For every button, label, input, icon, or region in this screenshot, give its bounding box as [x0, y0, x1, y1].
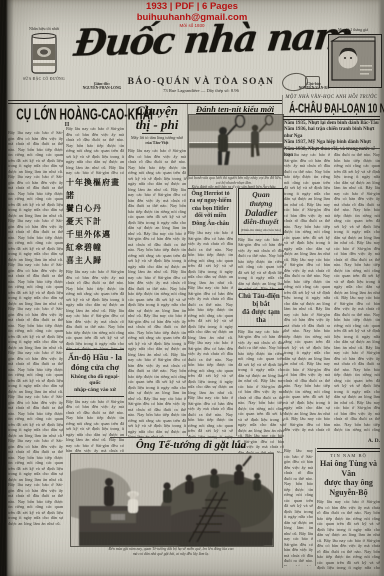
chuyen-thi-phi-column: Chuyện thị - phi Mấy lời tỏ tấm lòng tưở… — [128, 104, 186, 438]
column-rule — [63, 130, 64, 436]
watermark: 1933 | PDF | 6 Pages buihuuhanh@gmail.co… — [0, 2, 384, 28]
couplet-row: 憂天下計 — [66, 215, 124, 228]
tennis-photo — [188, 114, 284, 176]
article-text-col5a: Bấy lâu nay các báo ở Sài-gòn đều có bàn… — [238, 237, 284, 289]
tin-body-text: Bấy lâu nay các báo ở Sài-gòn đều có bàn… — [317, 499, 380, 571]
milk-can-illustration — [30, 32, 58, 76]
herriot-column: Ông Herriot tỏ ra sự nguy-hiểm của bọn H… — [188, 188, 233, 440]
daladier-column: Quan thượng Daladier diễn-thuyết (Điển-t… — [238, 188, 284, 453]
column-rule — [187, 104, 188, 436]
chuyen-title-line1: Chuyện — [128, 104, 186, 118]
soap-box-illustration — [329, 35, 378, 84]
office-block: BÁO-QUÁN VÀ TÒA SOẠN 73 Rue Lagrandière … — [122, 77, 280, 93]
chinese-couplet: 十年換樞府畫諾 鬢白心丹 憂天下計 千里外体邁 紅傘碧幢 喜主人歸 — [66, 176, 124, 267]
article-text-col1: Bấy lâu nay các báo ở Sài-gòn đều có bàn… — [8, 130, 63, 558]
headline-hoang-cao-khai: CỤ LỚN HOÀNG-CAO-KHẢI — [16, 105, 117, 123]
article-text-col3: Bấy lâu nay các báo ở Sài-gòn đều có bàn… — [128, 148, 186, 438]
couplet-row: 十年換樞府畫諾 — [66, 176, 124, 202]
india-box-title: Ấn-độ Hầu - la đóng cửa chợ — [66, 353, 124, 372]
article-text-col4: Bấy lâu nay các báo ở Sài-gòn đều có bàn… — [188, 230, 233, 440]
milk-ad-caption: SỮA ĐẶC CÓ ĐƯỜNG — [12, 77, 76, 81]
column-rule — [126, 104, 127, 436]
harvest-caption: Đến mùa gặt năm nay, quan Tể-tướng dắt b… — [82, 547, 260, 556]
tin-divider — [317, 448, 380, 452]
tin-headline: Hai ông Tùng và Vân được thay ông Nguyễn… — [317, 459, 380, 497]
column-rule — [282, 95, 283, 568]
asia-body-text: Bấy lâu nay các báo ở Sài-gòn đều có bàn… — [284, 152, 380, 436]
india-box: Ấn-độ Hầu - la đóng cửa chợ Không cho đồ… — [66, 349, 124, 397]
column-rule — [315, 448, 316, 566]
herriot-subhead: Ông Herriot tỏ ra sự nguy-hiểm của bọn H… — [188, 188, 233, 228]
harvest-photo — [70, 453, 274, 547]
daladier-box: Quan thượng Daladier diễn-thuyết (Điển-t… — [238, 188, 284, 235]
credit-right-name: NGUYỄN-VĂN-BÁ — [298, 86, 330, 90]
credit-right: Chủ-bút: NGUYỄN-VĂN-BÁ — [298, 82, 330, 91]
headline-harvest: Ông Tể-tướng đi gặt lúa — [100, 439, 282, 451]
watermark-year-pages: 1933 | PDF | 6 Pages — [0, 2, 384, 13]
tram-box: Chủ Tàu-điện - bị bắt đã được tạm tha — [238, 289, 284, 327]
asia-deck-rule — [283, 148, 380, 149]
tin-section: TIN NAM BỘ Hai ông Tùng và Vân được thay… — [317, 448, 380, 571]
asia-deck-line: Năm 1937, Mỹ Nga hiệp binh đánh Nhựt — [284, 140, 380, 146]
watermark-email: buihuuhanh@gmail.com — [0, 13, 384, 24]
article-col2: Bấy lâu nay các báo ở Sài-gòn đều có bàn… — [66, 126, 124, 455]
article-text-strip: Bấy lâu nay các báo ở Sài-gòn đều có bàn… — [284, 448, 313, 566]
article-text-col5b: Bấy lâu nay các báo ở Sài-gòn đều có bàn… — [238, 329, 284, 453]
tennis-photo-art — [189, 115, 283, 175]
chuyen-subtitle-line2: của Tân-Việt — [128, 140, 186, 145]
headline-tennis: Đánh ten-nít kiểu mới — [188, 104, 282, 114]
article-text-col2b: Bấy lâu nay các báo ở Sài-gòn đều có bàn… — [66, 269, 124, 349]
asia-byline: A. D. — [284, 438, 380, 444]
newspaper-page: 1933 | PDF | 6 Pages buihuuhanh@gmail.co… — [0, 0, 384, 576]
daladier-note: (Điển-tín riêng của bổn báo) — [240, 228, 282, 232]
couplet-row: 紅傘碧幢 — [66, 241, 124, 254]
article-text-col2a: Bấy lâu nay các báo ở Sài-gòn đều có bàn… — [66, 126, 124, 176]
soap-ad — [328, 34, 382, 88]
couplet-row: 鬢白心丹 — [66, 202, 124, 215]
asia-deck-line: Năm 1936, hai trận chiến tranh binh Nhựt… — [284, 127, 380, 140]
milk-ad: Nhãn hiệu tốt nhứt SỮA ĐẶC CÓ ĐƯỜNG — [12, 26, 76, 81]
office-label: BÁO-QUÁN VÀ TÒA SOẠN — [122, 77, 280, 87]
column-rule — [236, 188, 237, 436]
watermark-note: Mới số 1930 — [0, 23, 384, 28]
couplet-row: 千里外体邁 — [66, 228, 124, 241]
harvest-divider — [110, 437, 282, 438]
credit-left-name: NGUYỄN-PHAN-LONG — [82, 86, 122, 90]
headline-asia: Á-CHÂU ĐẠI-LOẠN 10 NĂM — [289, 102, 374, 116]
chuyen-title-line2: thị - phi — [128, 118, 186, 132]
harvest-photo-art — [71, 454, 273, 546]
asia-headline-rule — [283, 116, 380, 120]
tin-label: TIN NAM BỘ — [317, 453, 380, 458]
asia-kicker: MỘT NHÀ VĂN-HỌC ANH HỒI TRƯỚC — [283, 95, 380, 100]
office-address: 73 Rue Lagrandière — Dây thép số: 8.96 — [122, 88, 280, 93]
india-box-subtitle: Không cho đồ ngoại-quốc nhập-cảng vào xứ — [66, 374, 124, 393]
credit-left: Giám-đốc: NGUYỄN-PHAN-LONG — [82, 82, 122, 91]
chuyen-rule — [142, 133, 172, 134]
couplet-row: 喜主人歸 — [66, 254, 124, 267]
